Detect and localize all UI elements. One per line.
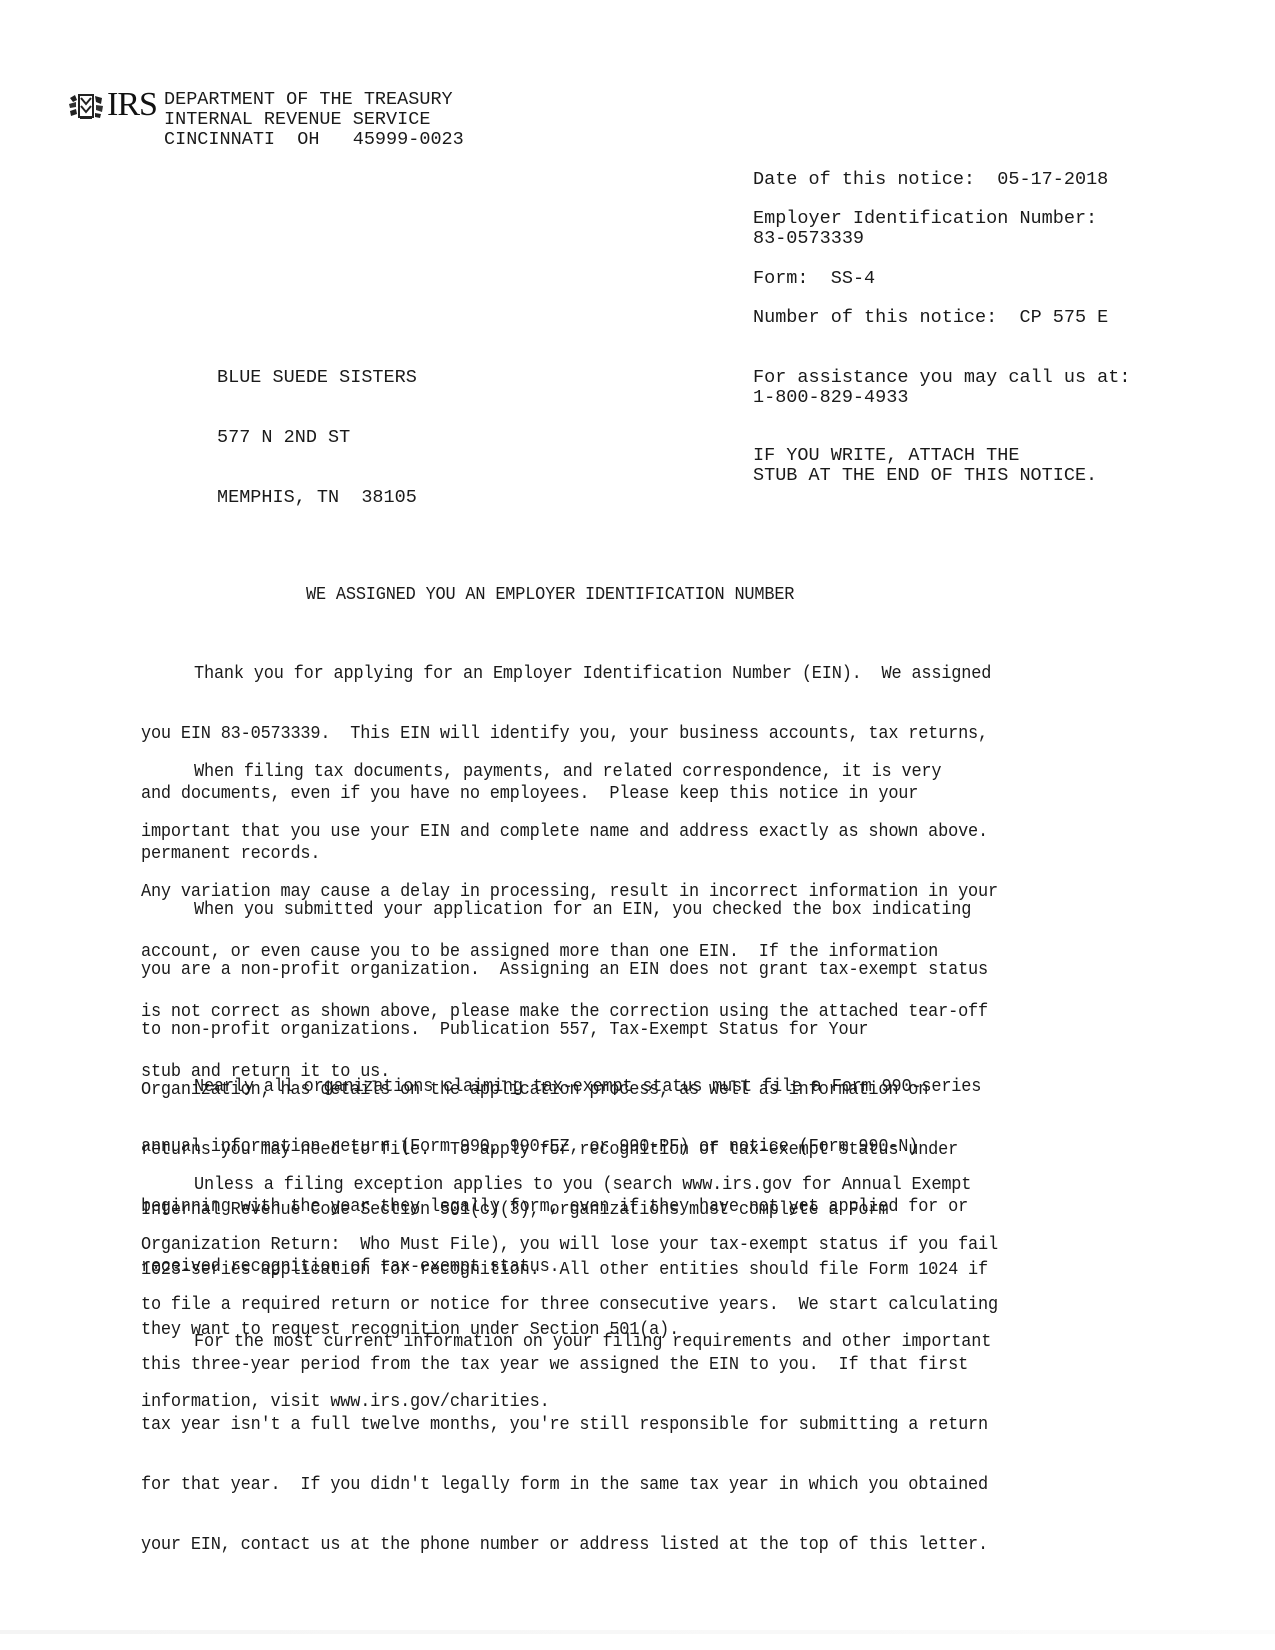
notice-date-label: Date of this notice: bbox=[753, 169, 975, 190]
notice-date-value: 05-17-2018 bbox=[997, 169, 1108, 190]
agency-service: INTERNAL REVENUE SERVICE bbox=[164, 110, 430, 130]
recipient-address: BLUE SUEDE SISTERS 577 N 2ND ST MEMPHIS,… bbox=[217, 328, 417, 528]
form-row: Form: SS-4 bbox=[753, 269, 875, 289]
form-label: Form: bbox=[753, 268, 809, 289]
assistance-label: For assistance you may call us at: bbox=[753, 368, 1130, 388]
paragraph-more-info: For the most current information on your… bbox=[141, 1292, 991, 1432]
page-scan-edge bbox=[0, 1630, 1275, 1634]
write-instruction-line-2: STUB AT THE END OF THIS NOTICE. bbox=[753, 466, 1097, 486]
paragraph-line: you are a non-profit organization. Assig… bbox=[141, 960, 988, 980]
letter-title: WE ASSIGNED YOU AN EMPLOYER IDENTIFICATI… bbox=[306, 585, 794, 605]
notice-date-row: Date of this notice: 05-17-2018 bbox=[753, 170, 1108, 190]
paragraph-line: Thank you for applying for an Employer I… bbox=[141, 664, 991, 684]
ein-value: 83-0573339 bbox=[753, 229, 864, 249]
recipient-name: BLUE SUEDE SISTERS bbox=[217, 368, 417, 388]
paragraph-line: information, visit www.irs.gov/charities… bbox=[141, 1392, 991, 1412]
irs-eagle-icon bbox=[67, 92, 105, 120]
ein-label: Employer Identification Number: bbox=[753, 209, 1097, 229]
paragraph-line: When you submitted your application for … bbox=[141, 900, 988, 920]
agency-address: CINCINNATI OH 45999-0023 bbox=[164, 130, 464, 150]
irs-logo: IRS bbox=[67, 92, 175, 122]
form-value: SS-4 bbox=[831, 268, 875, 289]
irs-logo-text: IRS bbox=[107, 88, 157, 122]
paragraph-line: for that year. If you didn't legally for… bbox=[141, 1475, 998, 1495]
paragraph-line: important that you use your EIN and comp… bbox=[141, 822, 998, 842]
notice-number-label: Number of this notice: bbox=[753, 307, 997, 328]
assistance-phone: 1-800-829-4933 bbox=[753, 388, 908, 408]
agency-name: DEPARTMENT OF THE TREASURY bbox=[164, 90, 453, 110]
paragraph-line: When filing tax documents, payments, and… bbox=[141, 762, 998, 782]
recipient-street: 577 N 2ND ST bbox=[217, 428, 417, 448]
recipient-city-state-zip: MEMPHIS, TN 38105 bbox=[217, 488, 417, 508]
notice-number-value: CP 575 E bbox=[1019, 307, 1108, 328]
paragraph-line: Nearly all organizations claiming tax-ex… bbox=[141, 1077, 981, 1097]
paragraph-line: your EIN, contact us at the phone number… bbox=[141, 1535, 998, 1555]
paragraph-line: Organization Return: Who Must File), you… bbox=[141, 1235, 998, 1255]
paragraph-line: For the most current information on your… bbox=[141, 1332, 991, 1352]
write-instruction-line-1: IF YOU WRITE, ATTACH THE bbox=[753, 446, 1019, 466]
notice-number-row: Number of this notice: CP 575 E bbox=[753, 308, 1108, 328]
paragraph-line: Unless a filing exception applies to you… bbox=[141, 1175, 998, 1195]
